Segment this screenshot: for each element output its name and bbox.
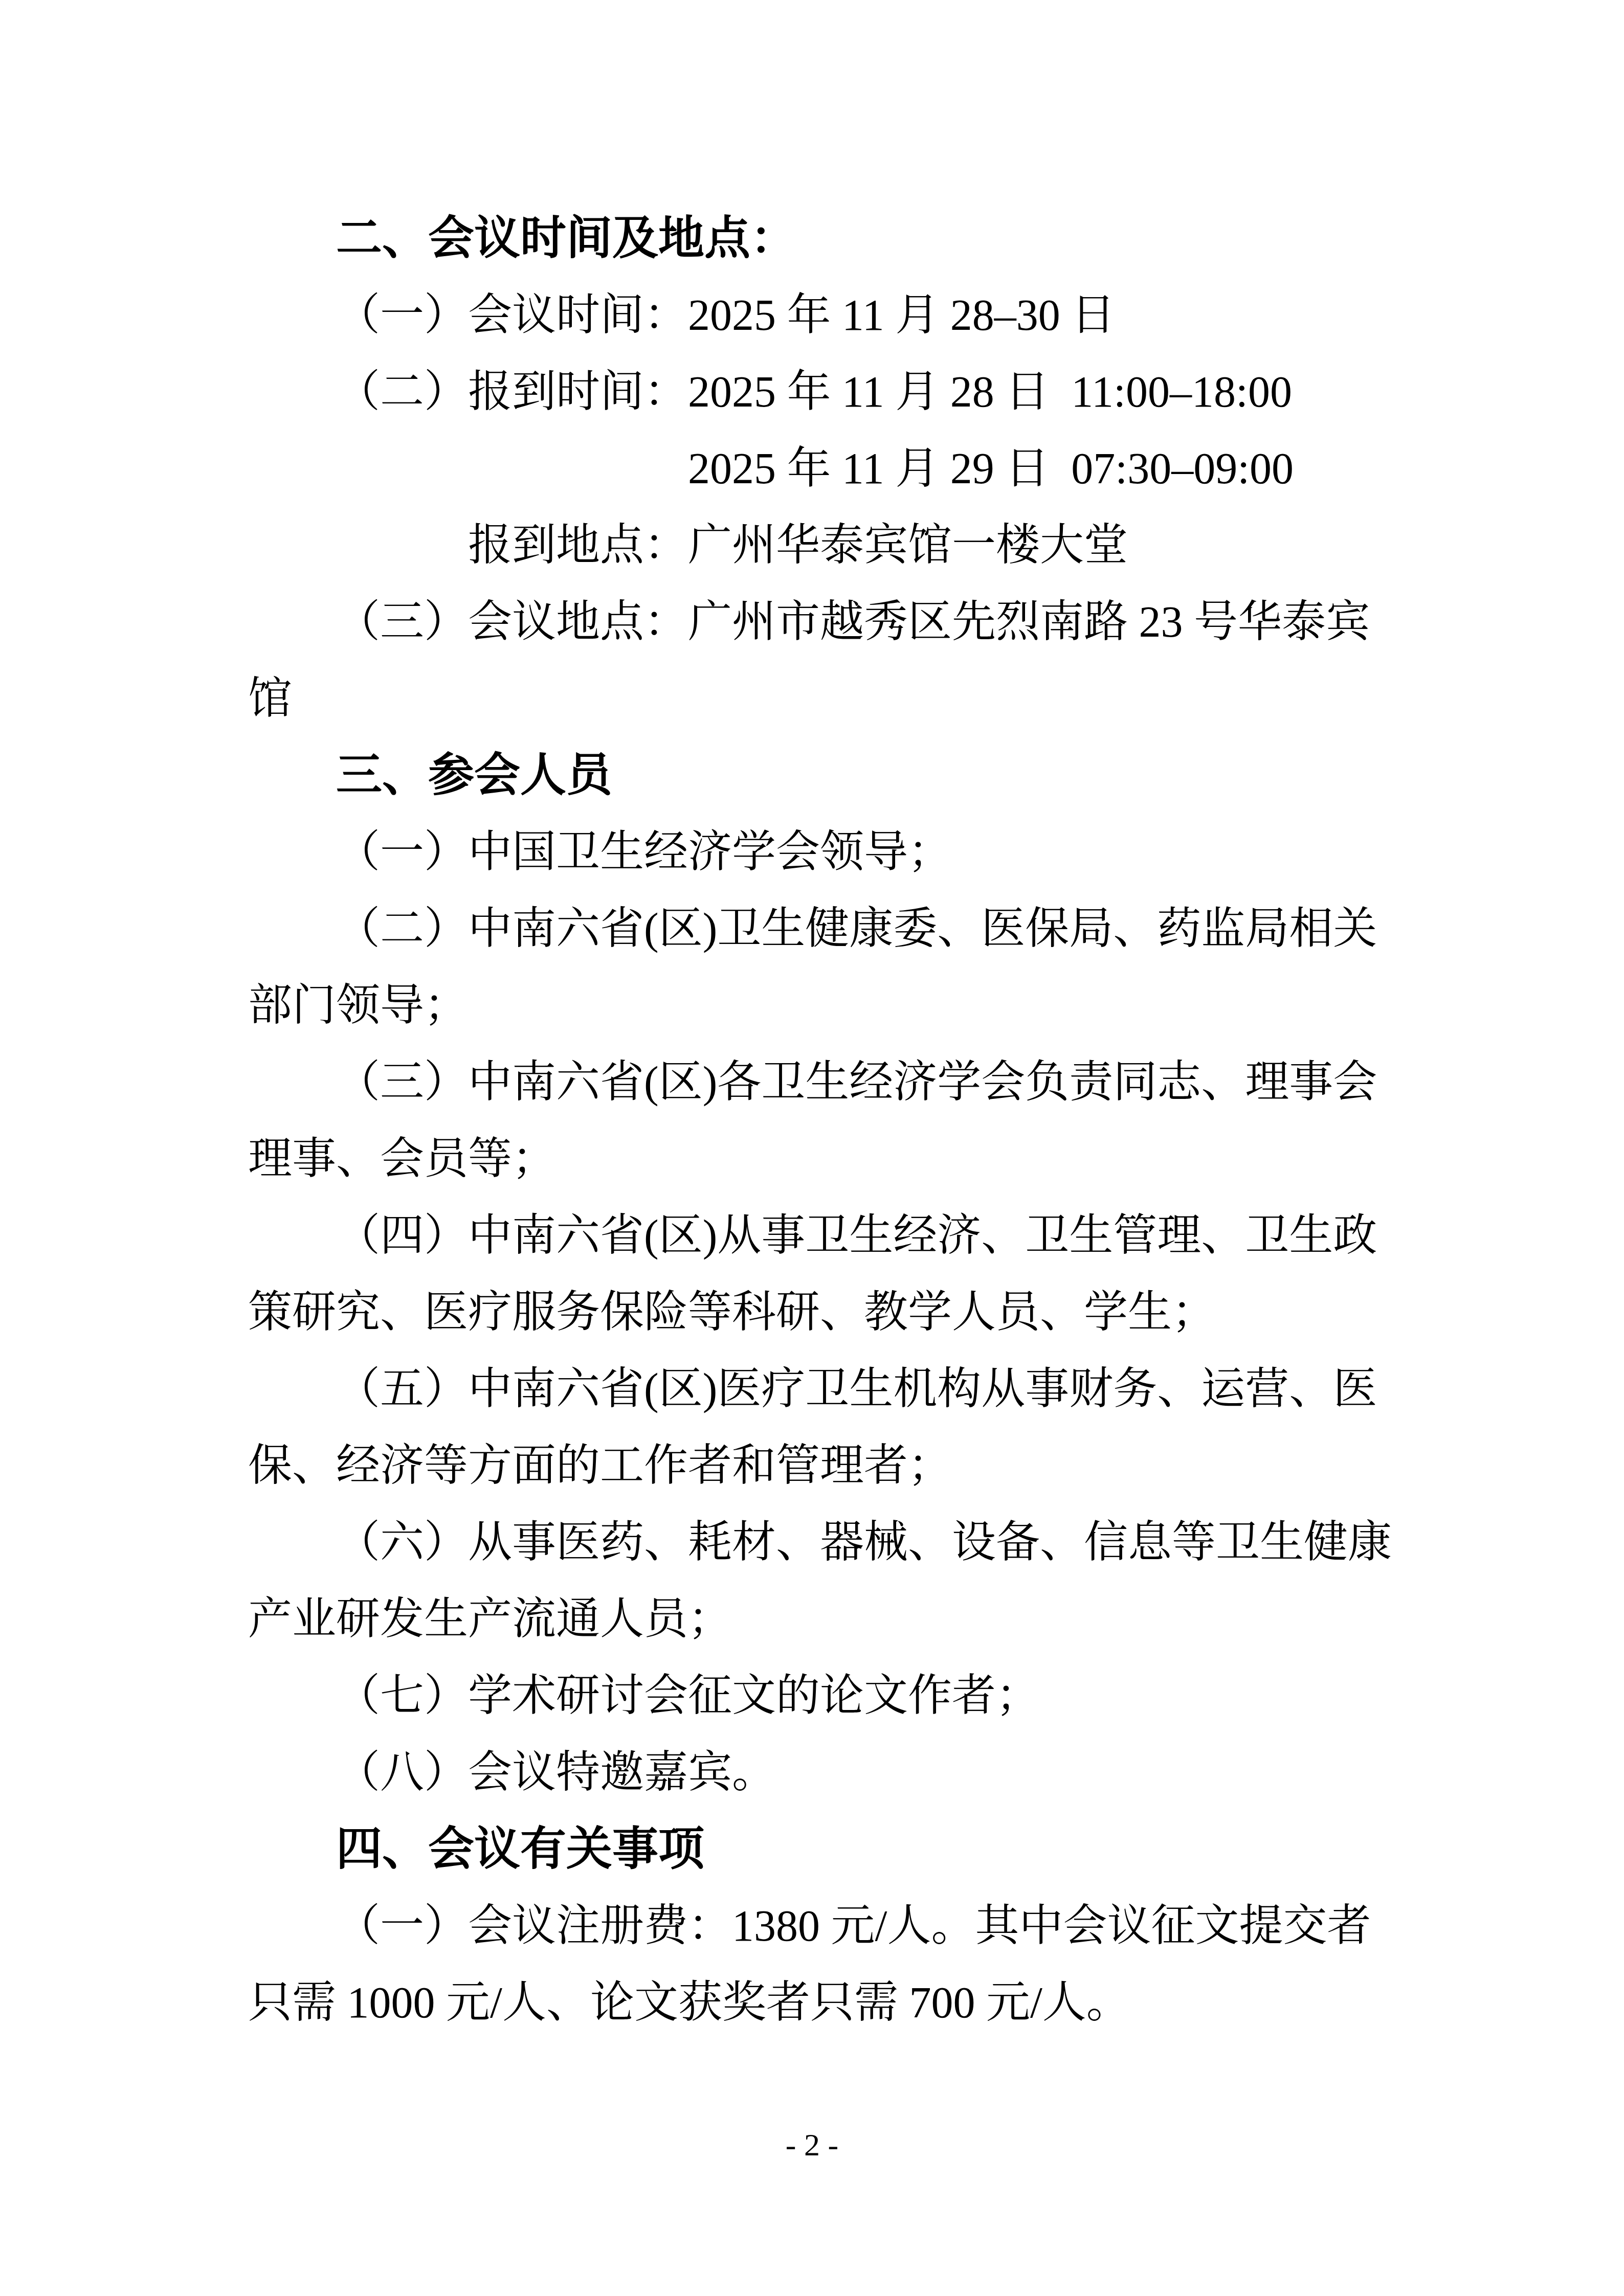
doc-line-attendee-6a: （六）从事医药、耗材、器械、设备、信息等卫生健康 — [248, 1504, 1394, 1581]
doc-line-attendee-5a: （五）中南六省(区)医疗卫生机构从事财务、运营、医 — [248, 1350, 1394, 1427]
section-heading-meeting-time-location: 二、会议时间及地点： — [248, 200, 1394, 277]
doc-line-attendee-7: （七）学术研讨会征文的论文作者； — [248, 1657, 1394, 1734]
doc-line-checkin-time-1: （二）报到时间：2025 年 11 月 28 日 11:00–18:00 — [248, 353, 1394, 430]
doc-line-attendee-1: （一）中国卫生经济学会领导； — [248, 814, 1394, 890]
doc-line-registration-fee-2: 只需 1000 元/人、论文获奖者只需 700 元/人。 — [248, 1964, 1394, 2041]
doc-line-attendee-8: （八）会议特邀嘉宾。 — [248, 1734, 1394, 1811]
doc-line-checkin-time-2: 2025 年 11 月 29 日 07:30–09:00 — [248, 430, 1394, 507]
doc-line-attendee-2b: 部门领导； — [248, 967, 1394, 1044]
doc-line-attendee-2a: （二）中南六省(区)卫生健康委、医保局、药监局相关 — [248, 890, 1394, 967]
section-heading-attendees: 三、参会人员 — [248, 737, 1394, 814]
doc-line-registration-fee-1: （一）会议注册费：1380 元/人。其中会议征文提交者 — [248, 1887, 1394, 1964]
doc-line-meeting-time: （一）会议时间：2025 年 11 月 28–30 日 — [248, 277, 1394, 353]
section-heading-meeting-matters: 四、会议有关事项 — [248, 1811, 1394, 1887]
doc-line-attendee-4a: （四）中南六省(区)从事卫生经济、卫生管理、卫生政 — [248, 1197, 1394, 1274]
doc-line-attendee-5b: 保、经济等方面的工作者和管理者； — [248, 1427, 1394, 1504]
doc-line-checkin-place: 报到地点：广州华泰宾馆一楼大堂 — [248, 507, 1394, 583]
doc-line-attendee-6b: 产业研发生产流通人员； — [248, 1581, 1394, 1657]
doc-line-attendee-3a: （三）中南六省(区)各卫生经济学会负责同志、理事会 — [248, 1044, 1394, 1120]
doc-line-attendee-3b: 理事、会员等； — [248, 1120, 1394, 1197]
doc-line-meeting-place-1: （三）会议地点：广州市越秀区先烈南路 23 号华泰宾 — [248, 583, 1394, 660]
document-body: 二、会议时间及地点： （一）会议时间：2025 年 11 月 28–30 日 （… — [248, 200, 1394, 2041]
doc-line-meeting-place-2: 馆 — [248, 660, 1394, 737]
doc-line-attendee-4b: 策研究、医疗服务保险等科研、教学人员、学生； — [248, 1274, 1394, 1350]
page-number: - 2 - — [0, 2122, 1624, 2168]
document-page: 二、会议时间及地点： （一）会议时间：2025 年 11 月 28–30 日 （… — [0, 0, 1624, 2296]
